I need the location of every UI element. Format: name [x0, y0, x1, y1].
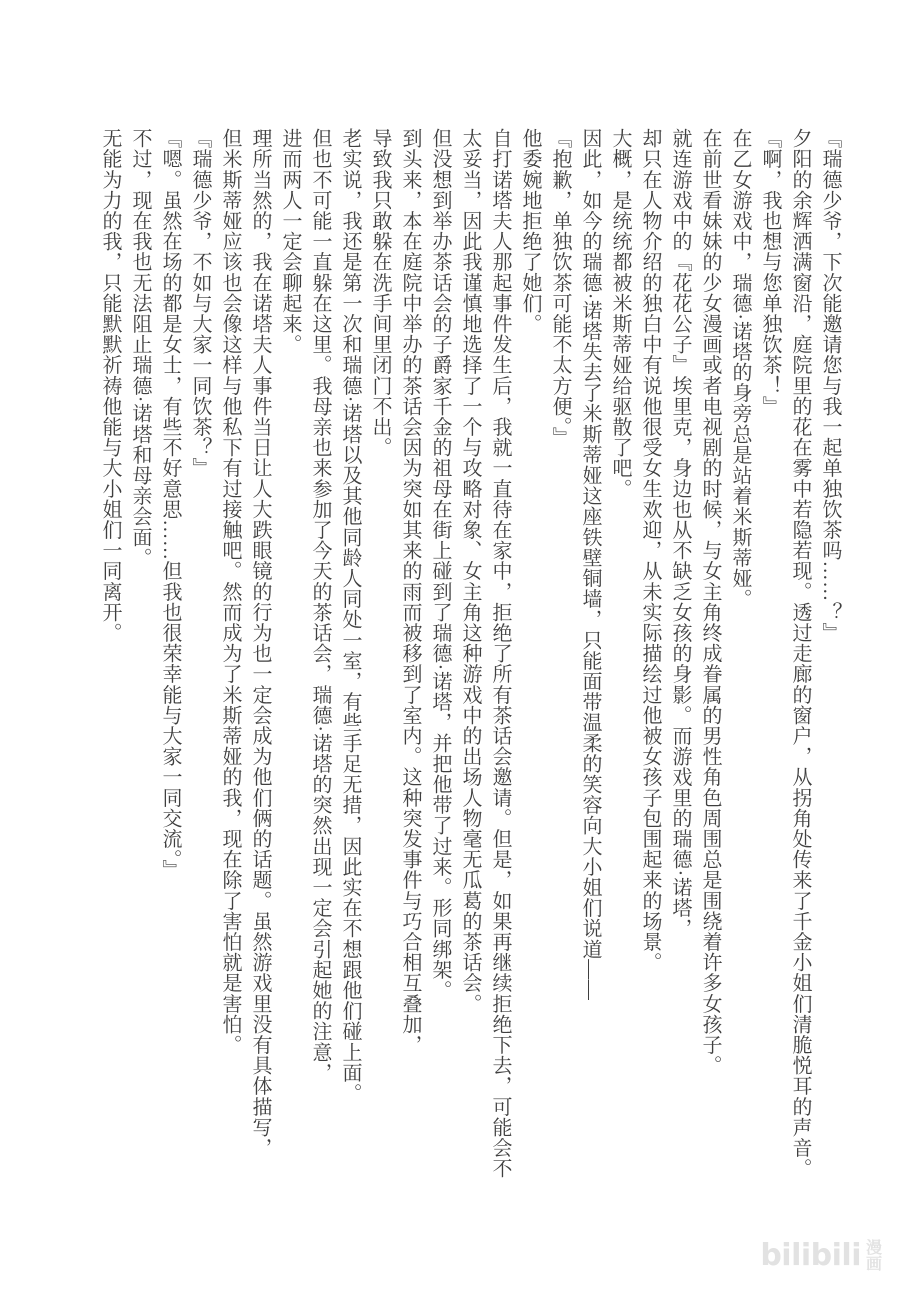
novel-paragraph: 『嗯。虽然在场的都是女士，有些不好意思……但我也很荣幸能与大家一同交流。』 — [155, 128, 185, 1188]
novel-paragraph: 『瑞德少爷，下次能邀请您与我一起单独饮茶吗……？』 — [815, 128, 845, 1188]
novel-paragraph: 老实说，我还是第一次和瑞德·诺塔以及其他同龄人同处一室，有些手足无措，因此实在不… — [335, 128, 365, 1188]
novel-paragraph: 无能为力的我，只能默默祈祷他能与大小姐们一同离开。 — [95, 128, 125, 1188]
novel-paragraph: 他委婉地拒绝了她们。 — [515, 128, 545, 1188]
novel-paragraph: 在乙女游戏中，瑞德·诺塔的身旁总是站着米斯蒂娅。 — [725, 128, 755, 1188]
novel-paragraph: 不过，现在我也无法阻止瑞德·诺塔和母亲会面。 — [125, 128, 155, 1188]
novel-paragraph: 『啊，我也想与您单独饮茶！』 — [755, 128, 785, 1188]
novel-paragraph: 但没想到举办茶话会的子爵家千金的祖母在街上碰到了瑞德·诺塔，并把他带了过来。形同… — [425, 128, 455, 1188]
watermark: bilibili 漫 画 — [760, 1240, 882, 1272]
novel-paragraph: 大概，是统统都被米斯蒂娅给驱散了吧。 — [605, 128, 635, 1188]
novel-page-screenshot: { "page": { "background_color": "#ffffff… — [0, 0, 900, 1302]
novel-paragraph: 夕阳的余辉洒满窗沿，庭院里的花在雾中若隐若现。透过走廊的窗户，从拐角处传来了千金… — [785, 128, 815, 1188]
novel-paragraph: 在前世看妹妹的少女漫画或者电视剧的时候，与女主角终成眷属的男性角色周围总是围绕着… — [695, 128, 725, 1188]
novel-paragraph: 到头来，本在庭院中举办的茶话会因为突如其来的雨而被移到了室内。这种突发事件与巧合… — [395, 128, 425, 1188]
novel-paragraph: 却只在人物介绍的独白中有说他很受女生欢迎，从未实际描绘过他被女孩子包围起来的场景… — [635, 128, 665, 1188]
novel-paragraph: 但也不可能一直躲在这里。我母亲也来参加了今天的茶话会，瑞德·诺塔的突然出现一定会… — [305, 128, 335, 1188]
novel-paragraph: 导致我只敢躲在洗手间里闭门不出。 — [365, 128, 395, 1188]
manga-label-char-hua: 画 — [866, 1256, 882, 1272]
novel-paragraph: 『抱歉，单独饮茶可能不太方便。』 — [545, 128, 575, 1188]
novel-paragraph: 就连游戏中的『花花公子』埃里克，身边也从不缺乏女孩的身影。而游戏里的瑞德·诺塔， — [665, 128, 695, 1188]
novel-text-area: 『瑞德少爷，下次能邀请您与我一起单独饮茶吗……？』夕阳的余辉洒满窗沿，庭院里的花… — [95, 128, 845, 1188]
bilibili-logo: bilibili — [760, 1241, 861, 1271]
novel-paragraph: 进而两人一定会聊起来。 — [275, 128, 305, 1188]
novel-paragraph: 但米斯蒂娅应该也会像这样与他私下有过接触吧。然而成为了米斯蒂娅的我，现在除了害怕… — [215, 128, 245, 1188]
novel-paragraph: 因此，如今的瑞德·诺塔失去了米斯蒂娅这座铁壁铜墙，只能面带温柔的笑容向大小姐们说… — [575, 128, 605, 1188]
novel-page: 『瑞德少爷，下次能邀请您与我一起单独饮茶吗……？』夕阳的余辉洒满窗沿，庭院里的花… — [0, 0, 900, 1302]
novel-paragraph: 『瑞德少爷，不如与大家一同饮茶？』 — [185, 128, 215, 1188]
novel-paragraph: 自打诺塔夫人那起事件发生后，我就一直待在家中，拒绝了所有茶话会邀请。但是，如果再… — [455, 128, 515, 1188]
manga-label: 漫 画 — [866, 1240, 882, 1272]
novel-paragraph: 理所当然的，我在诺塔夫人事件当日让人大跌眼镜的行为也一定会成为他们俩的话题。虽然… — [245, 128, 275, 1188]
